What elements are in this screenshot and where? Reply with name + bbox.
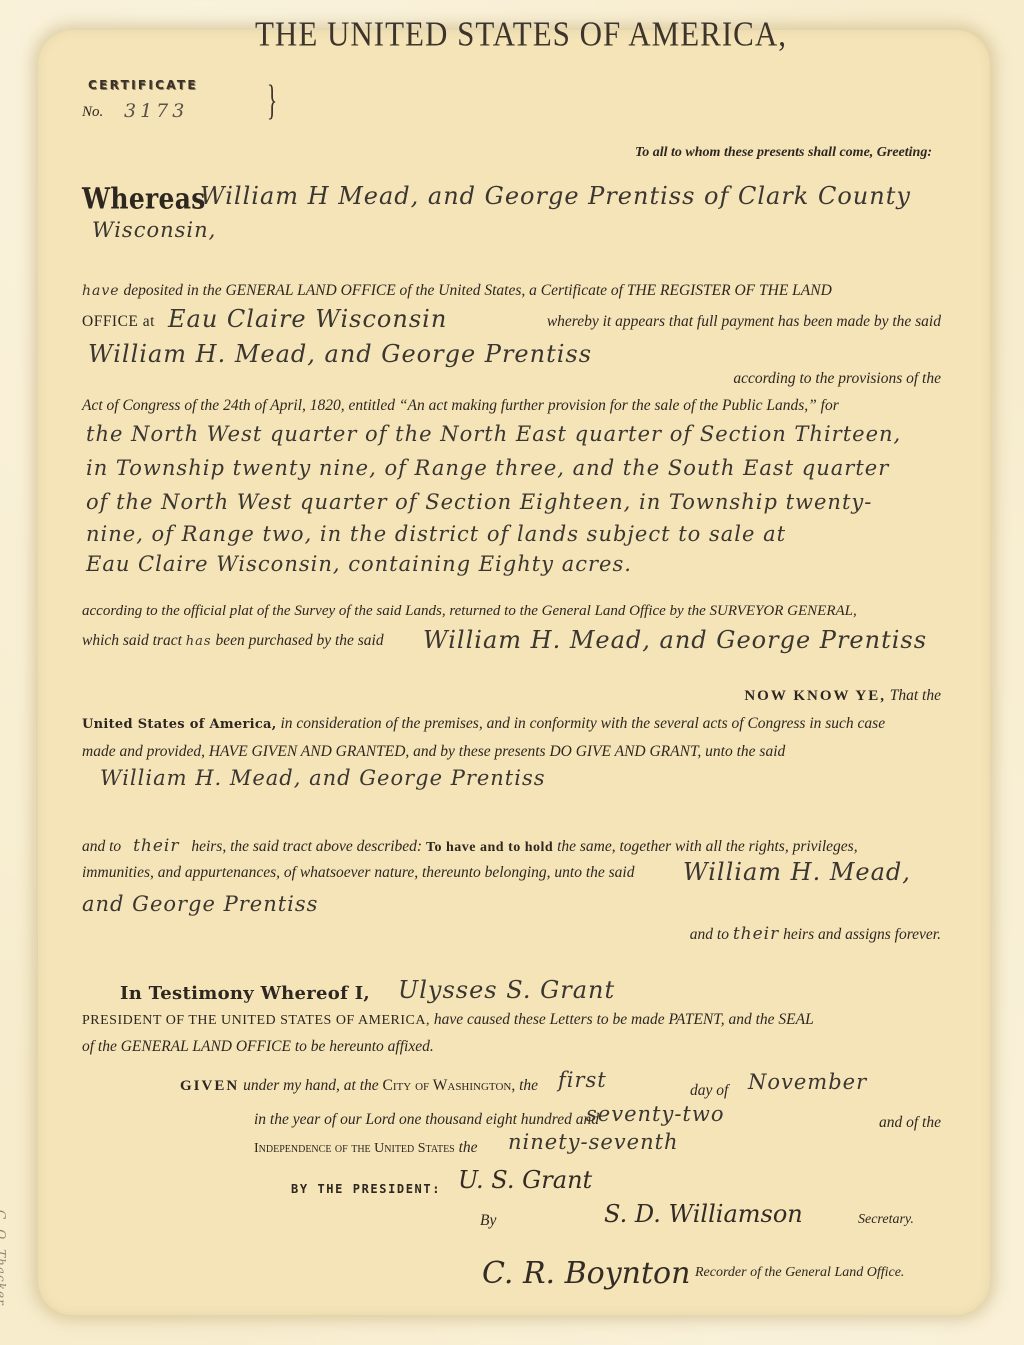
by-the-president-label: BY THE PRESIDENT:	[291, 1182, 441, 1196]
para1-line1: have deposited in the GENERAL LAND OFFIC…	[82, 282, 941, 300]
president-signature: U. S. Grant	[458, 1166, 592, 1194]
testimony-phrase: In Testimony Whereof I,	[120, 983, 370, 1004]
year-text: in the year of our Lord one thousand eig…	[254, 1111, 599, 1129]
have-handwritten: have	[82, 283, 120, 299]
independence-handwritten: ninety-seventh	[508, 1130, 679, 1154]
certificate-number-label: No.	[82, 104, 103, 121]
certificate-number-value: 3173	[124, 100, 188, 122]
heirs-line: and to their heirs, the said tract above…	[82, 836, 858, 856]
deposited-text: deposited in the GENERAL LAND OFFICE of …	[123, 282, 831, 299]
by-label: By	[480, 1212, 496, 1230]
year-handwritten: seventy-two	[586, 1102, 724, 1126]
secretary-label: Secretary.	[858, 1212, 914, 1228]
now-know-ye-line: NOW KNOW YE, That the	[744, 687, 941, 705]
grantees-handwritten: William H. Mead, and George Prentiss	[100, 766, 546, 790]
brace: }	[267, 80, 277, 122]
and-of-the: and of the	[879, 1114, 941, 1132]
land-description-line: of the North West quarter of Section Eig…	[86, 490, 872, 514]
purchasers-handwritten: William H. Mead, and George Prentiss	[423, 626, 927, 654]
according-text: according to the provisions of the	[733, 370, 941, 388]
grantees-line-1: William H Mead, and George Prentiss of C…	[200, 182, 911, 210]
month-handwritten: November	[748, 1070, 867, 1094]
survey-text: according to the official plat of the Su…	[82, 603, 857, 620]
has-handwritten: has	[186, 634, 212, 649]
granted-text: made and provided, HAVE GIVEN AND GRANTE…	[82, 743, 785, 761]
whereas-word: Whereas	[82, 182, 206, 215]
land-description-line: nine, of Range two, in the district of l…	[86, 522, 786, 546]
given-line: GIVEN under my hand, at the City of Wash…	[180, 1077, 538, 1095]
margin-note: C. O. Thacker	[0, 1210, 8, 1306]
purchased-line: which said tract has been purchased by t…	[82, 632, 384, 650]
payers-handwritten: William H. Mead, and George Prentiss	[88, 340, 592, 368]
whereby-text: whereby it appears that full payment has…	[547, 313, 941, 331]
immunities-text: immunities, and appurtenances, of whatso…	[82, 864, 634, 882]
forever-line: and to their heirs and assigns forever.	[690, 924, 941, 944]
office-location-handwritten: Eau Claire Wisconsin	[168, 305, 447, 333]
recorder-label: Recorder of the General Land Office.	[695, 1265, 904, 1281]
grantee2-handwritten: and George Prentiss	[82, 892, 318, 916]
recorder-signature: C. R. Boynton	[482, 1256, 690, 1291]
document-title: THE UNITED STATES OF AMERICA,	[255, 14, 787, 54]
land-description-line: Eau Claire Wisconsin, containing Eighty …	[86, 552, 632, 576]
seal-line: of the GENERAL LAND OFFICE to be hereunt…	[82, 1038, 434, 1056]
independence-line: Independence of the United States the	[254, 1139, 478, 1157]
president-line: PRESIDENT OF THE UNITED STATES OF AMERIC…	[82, 1011, 814, 1029]
now-know-ye: NOW KNOW YE,	[744, 688, 886, 704]
given-word: GIVEN	[180, 1078, 239, 1094]
grantee1-handwritten: William H. Mead,	[683, 858, 911, 886]
day-handwritten: first	[558, 1068, 607, 1092]
office-at-label: OFFICE at	[82, 313, 155, 331]
greeting: To all to whom these presents shall come…	[635, 145, 932, 161]
secretary-signature: S. D. Williamson	[604, 1200, 803, 1228]
president-name-handwritten: Ulysses S. Grant	[398, 976, 615, 1004]
grantees-line-2: Wisconsin,	[92, 218, 216, 242]
their-handwritten: their	[133, 836, 179, 856]
land-description-line: in Township twenty nine, of Range three,…	[86, 456, 889, 480]
act-text: Act of Congress of the 24th of April, 18…	[82, 397, 839, 415]
day-of-label: day of	[690, 1082, 728, 1100]
united-states-blackletter: United States of America,	[82, 717, 277, 732]
land-description-line: the North West quarter of the North East…	[86, 422, 901, 446]
certificate-label: CERTIFICATE	[88, 78, 198, 92]
consideration-line: United States of America, in considerati…	[82, 715, 885, 733]
their-handwritten: their	[733, 924, 779, 944]
